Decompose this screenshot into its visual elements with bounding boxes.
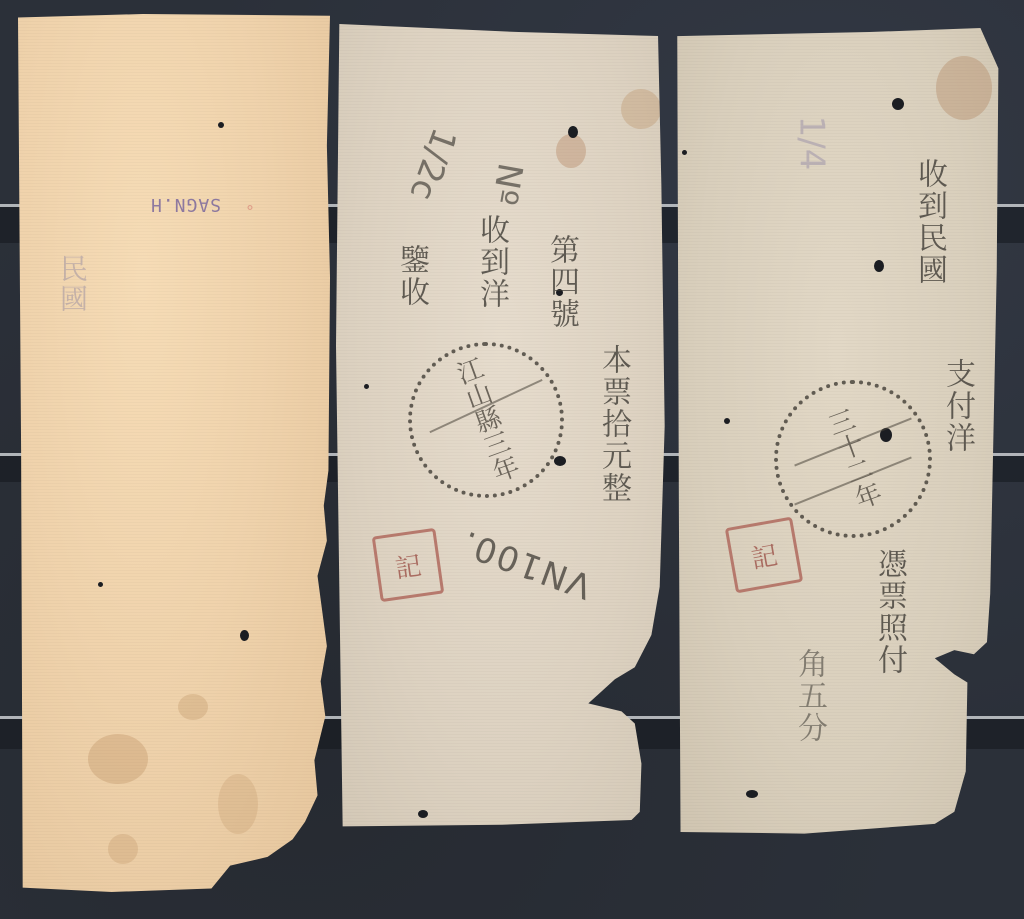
pin-hole bbox=[682, 150, 687, 155]
document-left: SAGN.H ° 民國 bbox=[18, 14, 330, 892]
foxing-stain bbox=[178, 694, 208, 720]
pin-hole bbox=[724, 418, 730, 424]
pin-hole bbox=[364, 384, 369, 389]
pin-hole bbox=[240, 630, 249, 641]
pin-hole bbox=[218, 122, 224, 128]
red-square-chop: 記 bbox=[372, 528, 445, 602]
pin-hole bbox=[418, 810, 428, 818]
faint-vertical-text: 民國 bbox=[58, 254, 86, 314]
foxing-stain bbox=[108, 834, 138, 864]
pencil-note-number: Nº bbox=[483, 160, 530, 208]
purple-serial-stamp: SAGN.H bbox=[150, 194, 221, 215]
foxing-stain bbox=[621, 89, 661, 129]
round-dotted-seal: 三十二年 bbox=[774, 380, 932, 538]
pin-hole bbox=[568, 126, 578, 138]
document-right: 1/4 收到民國 支付洋 憑票照付 角五分 三十二年 記 bbox=[674, 28, 1000, 836]
handwriting-column: 支付洋 bbox=[942, 358, 972, 454]
pin-hole bbox=[98, 582, 103, 587]
handwriting-column: 收到民國 bbox=[914, 158, 944, 286]
handwriting-column: 憑票照付 bbox=[874, 548, 904, 676]
handwriting-column-lower: 角五分 bbox=[794, 648, 824, 744]
handwriting-column: 本票拾元整 bbox=[598, 344, 628, 504]
pin-hole bbox=[746, 790, 758, 798]
handwriting-column: 鑒收 bbox=[396, 244, 426, 308]
handwriting-column: 第四號 bbox=[546, 234, 576, 330]
foxing-stain bbox=[556, 134, 586, 168]
handwriting-column: 收到洋 bbox=[476, 214, 506, 310]
red-stamp-mark: ° bbox=[246, 202, 254, 221]
red-square-chop: 記 bbox=[725, 517, 803, 594]
faint-pencil-note: 1/4 bbox=[791, 116, 831, 171]
pin-hole bbox=[892, 98, 904, 110]
foxing-stain bbox=[936, 56, 992, 120]
foxing-stain bbox=[218, 774, 258, 834]
round-dotted-seal: 江山縣三年 bbox=[408, 342, 564, 498]
pin-hole bbox=[874, 260, 884, 272]
foxing-stain bbox=[88, 734, 148, 784]
paper-grain bbox=[18, 14, 330, 892]
